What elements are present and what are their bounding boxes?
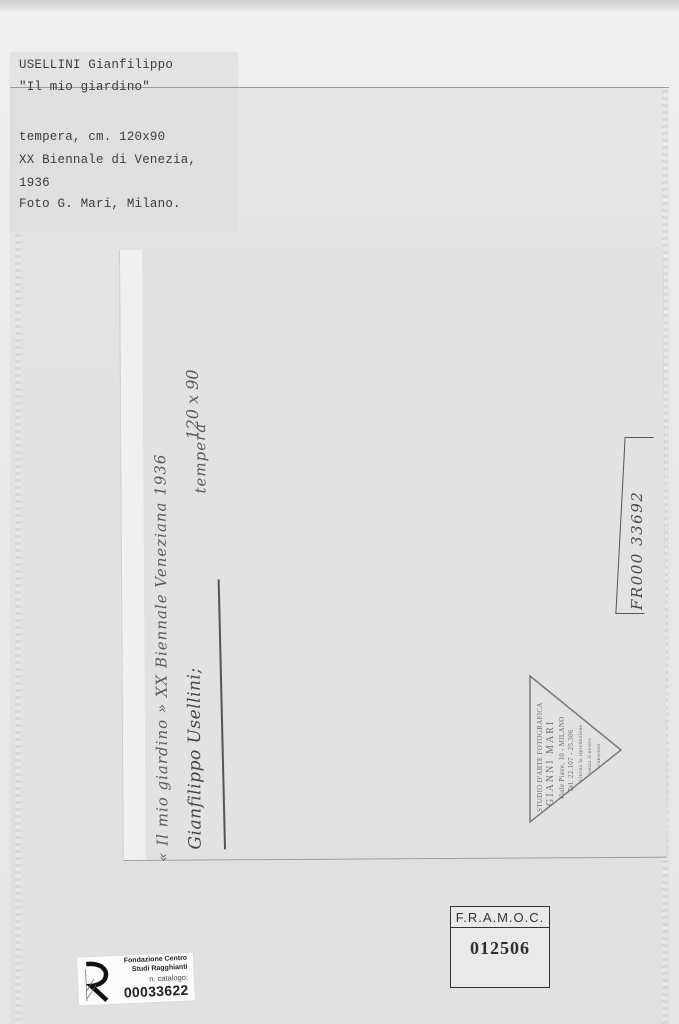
handwritten-title-exhibition: « Il mio giardino » XX Biennale Venezian… [151,454,171,862]
stamp-line-7: consenso [596,743,602,766]
foundation-label: Fondazione Centro Studi Ragghianti n. ca… [77,952,195,1005]
stamp-line-6: senza il nostro [587,738,593,774]
foundation-name-line1: Fondazione Centro [124,955,188,965]
inventory-number: FR000 33692 [628,491,646,610]
handwritten-artist: Gianfilippo Usellini; [185,667,206,849]
foundation-name-line2: Studi Ragghianti [132,964,188,973]
artist-name: USELLINI Gianfilippo [19,58,173,72]
catalog-number: 00033622 [124,982,189,1001]
framoc-header: F.R.A.M.O.C. [451,907,549,928]
archive-sheet: USELLINI Gianfilippo "Il mio giardino" t… [0,0,679,1024]
stamp-line-5: Vietata la riproduzione [578,725,584,782]
framoc-stamp: F.R.A.M.O.C. 012506 [450,906,550,988]
stamp-line-4: Tel. 22.107 - 25.306 [567,729,575,792]
handwritten-underline [218,579,226,849]
framoc-number: 012506 [451,938,549,959]
photographer-stamp: STUDIO D'ARTE FOTOGRAFICA GIANNI MARI Vi… [528,672,623,826]
artwork-title: "Il mio giardino" [19,80,150,94]
photo-credit: Foto G. Mari, Milano. [19,197,181,211]
exhibition-name: XX Biennale di Venezia, [19,153,196,167]
exhibition-year: 1936 [19,176,50,190]
sheet-top-edge [0,0,679,12]
artwork-medium: tempera, cm. 120x90 [19,130,165,144]
handwritten-dimensions: 120 x 90 [183,369,202,439]
stamp-line-1: STUDIO D'ARTE FOTOGRAFICA [536,702,544,812]
ragghianti-logo-icon [81,960,113,1003]
stamp-line-2: GIANNI MARI [545,720,556,806]
stamp-line-3: Viale Piave, 10 - MILANO [558,716,566,800]
